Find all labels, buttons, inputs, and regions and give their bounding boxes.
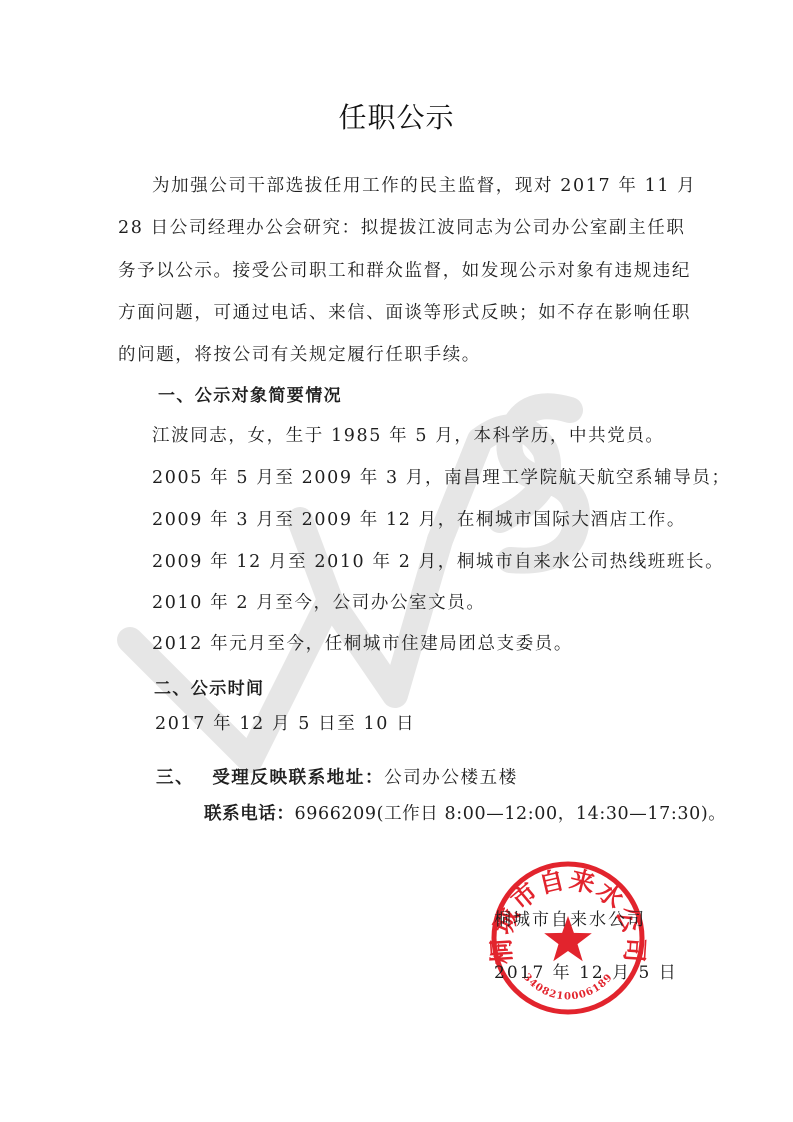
intro-line-4: 方面问题，可通过电话、来信、面谈等形式反映；如不存在影响任职 (118, 299, 691, 324)
history-line: 2010 年 2 月至今，公司办公室文员。 (152, 589, 485, 614)
section-number-3: 三、 (156, 768, 194, 788)
document-content: 任职公示 为加强公司干部选拔任用工作的民主监督，现对 2017 年 11 月 2… (0, 0, 793, 1122)
signature-date: 2017 年 12 月 5 日 (494, 958, 678, 983)
intro-line-5: 的问题，将按公司有关规定履行任职手续。 (118, 341, 481, 366)
history-line: 2009 年 12 月至 2010 年 2 月，桐城市自来水公司热线班班长。 (152, 548, 724, 573)
intro-line-3: 务予以公示。接受公司职工和群众监督，如发现公示对象有违规违纪 (118, 257, 691, 282)
address-label: 受理反映联系地址： (212, 768, 384, 788)
address-value: 公司办公楼五楼 (384, 768, 518, 788)
section-heading-2: 二、公示时间 (154, 674, 264, 699)
contact-phone-line: 联系电话：6966209(工作日 8:00—12:00，14:30—17:30)… (204, 800, 726, 825)
signature-organization: 桐城市自来水公司 (494, 905, 646, 930)
phone-label: 联系电话： (204, 804, 295, 824)
official-seal-icon: 桐城市自来水公司 3408210006189 (488, 858, 648, 1018)
history-line: 2005 年 5 月至 2009 年 3 月，南昌理工学院航天航空系辅导员； (152, 464, 731, 489)
document-page: 任职公示 为加强公司干部选拔任用工作的民主监督，现对 2017 年 11 月 2… (0, 0, 793, 1122)
phone-value: 6966209(工作日 8:00—12:00，14:30—17:30)。 (295, 804, 727, 824)
history-line: 2009 年 3 月至 2009 年 12 月，在桐城市国际大酒店工作。 (152, 506, 686, 531)
intro-line-1: 为加强公司干部选拔任用工作的民主监督，现对 2017 年 11 月 (152, 172, 696, 197)
intro-line-2: 28 日公司经理办公会研究：拟提拔江波同志为公司办公室副主任职 (118, 214, 685, 239)
page-title: 任职公示 (0, 96, 793, 136)
contact-address-line: 三、受理反映联系地址：公司办公楼五楼 (156, 764, 518, 789)
announcement-period: 2017 年 12 月 5 日至 10 日 (155, 710, 415, 735)
history-line: 2012 年元月至今，任桐城市住建局团总支委员。 (152, 630, 573, 655)
section-heading-1: 一、公示对象简要情况 (158, 381, 342, 406)
profile-line: 江波同志，女，生于 1985 年 5 月，本科学历，中共党员。 (152, 422, 665, 447)
